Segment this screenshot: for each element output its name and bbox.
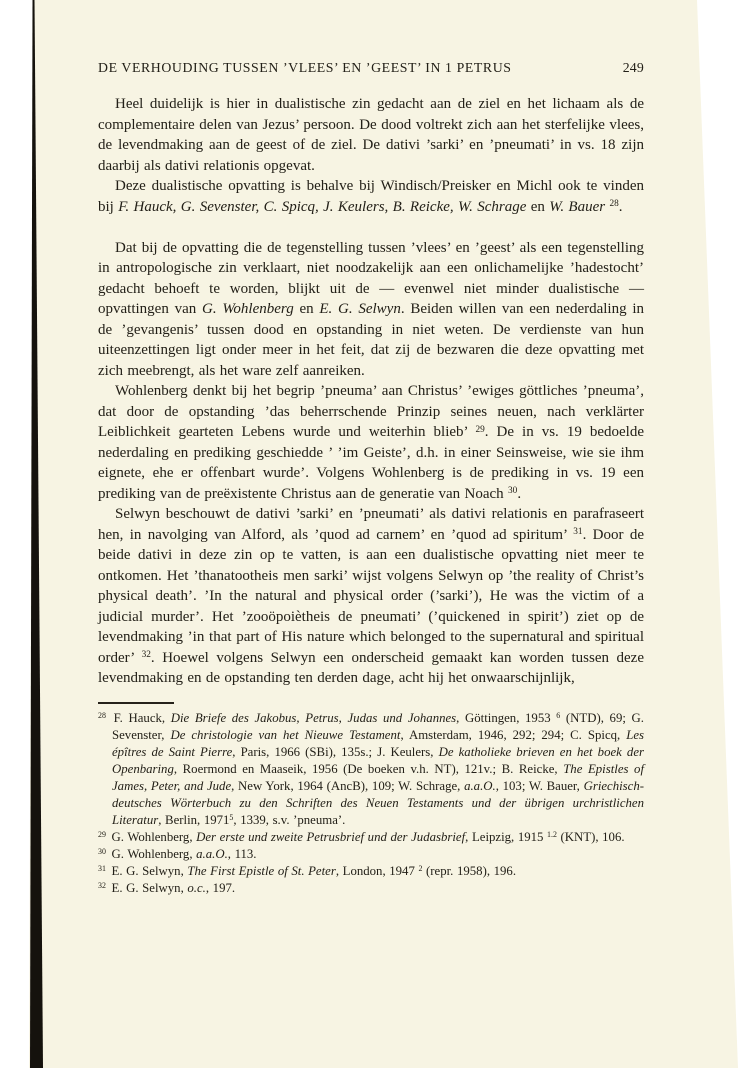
text-run: , Göttingen, 1953	[456, 711, 556, 725]
text-run: , 113.	[228, 847, 257, 861]
text-run: , Berlin, 1971	[158, 813, 229, 827]
footnote-number: 30	[98, 847, 106, 856]
footnote: 30 G. Wohlenberg, a.a.O., 113.	[98, 846, 644, 863]
text-run: a.a.O.	[464, 779, 496, 793]
footnote-number: 28	[98, 711, 106, 720]
text-run: , London, 1947	[336, 864, 419, 878]
page-header: DE VERHOUDING TUSSEN ’VLEES’ EN ’GEEST’ …	[98, 60, 644, 76]
text-run: (repr. 1958), 196.	[422, 864, 516, 878]
text-run: E. G. Selwyn,	[112, 881, 188, 895]
footnote-number: 31	[98, 864, 106, 873]
body-paragraph: Wohlenberg denkt bij het begrip ’pneuma’…	[98, 381, 644, 504]
body-paragraph: Heel duidelijk is hier in dualistische z…	[98, 94, 644, 176]
text-run: .	[517, 486, 521, 502]
footnote: 28 F. Hauck, Die Briefe des Jakobus, Pet…	[98, 710, 644, 829]
text-run: , New York, 1964 (AncB), 109; W. Schrage…	[231, 779, 464, 793]
text-run: Der erste und zweite Petrusbrief und der…	[196, 830, 465, 844]
text-run: Die Briefe des Jakobus, Petrus, Judas un…	[171, 711, 456, 725]
footnote-reference: 1.2	[547, 830, 557, 839]
footnote-reference: 29	[475, 425, 484, 435]
text-run: . Door de beide dativi in deze zin op te…	[98, 527, 644, 666]
footnote-reference: 32	[142, 650, 151, 660]
text-run: o.c.	[187, 881, 205, 895]
footnote-number: 29	[98, 830, 106, 839]
footnote: 32 E. G. Selwyn, o.c., 197.	[98, 880, 644, 897]
text-run: Selwyn beschouwt de dativi ’sarki’ en ’p…	[98, 506, 644, 543]
text-run: F. Hauck, G. Sevenster, C. Spicq, J. Keu…	[118, 199, 526, 215]
text-run: Heel duidelijk is hier in dualistische z…	[98, 96, 644, 174]
text-run: G. Wohlenberg,	[112, 830, 197, 844]
text-run: , Amsterdam, 1946, 292; 294; C. Spicq,	[400, 728, 626, 742]
text-run: , 1339, s.v. ’pneuma’.	[233, 813, 345, 827]
footnote-reference: 5	[229, 813, 233, 822]
body-paragraph: Deze dualistische opvatting is behalve b…	[98, 176, 644, 217]
running-title: DE VERHOUDING TUSSEN ’VLEES’ EN ’GEEST’ …	[98, 60, 512, 76]
text-run: , Leipzig, 1915	[465, 830, 547, 844]
footnote-reference: 2	[418, 864, 422, 873]
page-number: 249	[623, 60, 644, 76]
footnote: 29 G. Wohlenberg, Der erste und zweite P…	[98, 829, 644, 846]
text-run: De christologie van het Nieuwe Testament	[170, 728, 400, 742]
text-run: E. G. Selwyn	[319, 301, 400, 317]
text-run: E. G. Selwyn,	[112, 864, 188, 878]
footnotes: 28 F. Hauck, Die Briefe des Jakobus, Pet…	[98, 710, 644, 897]
page-content: DE VERHOUDING TUSSEN ’VLEES’ EN ’GEEST’ …	[98, 60, 644, 897]
text-run: W. Bauer	[549, 199, 605, 215]
text-run: , Paris, 1966 (SBi), 135s.; J. Keulers,	[232, 745, 438, 759]
body-paragraph: Selwyn beschouwt de dativi ’sarki’ en ’p…	[98, 504, 644, 689]
footnote-reference: 6	[556, 711, 560, 720]
footnote-reference: 28	[609, 199, 618, 209]
body-text: Heel duidelijk is hier in dualistische z…	[98, 94, 644, 689]
text-run: , Roermond en Maaseik, 1956 (De boeken v…	[174, 762, 563, 776]
text-run: G. Wohlenberg,	[112, 847, 197, 861]
text-run: F. Hauck,	[114, 711, 171, 725]
text-run: a.a.O.	[196, 847, 228, 861]
text-run: The First Epistle of St. Peter	[187, 864, 335, 878]
footnote: 31 E. G. Selwyn, The First Epistle of St…	[98, 863, 644, 880]
footnote-number: 32	[98, 881, 106, 890]
body-paragraph: Dat bij de opvatting die de tegenstellin…	[98, 238, 644, 382]
text-run: en	[294, 301, 320, 317]
text-run: en	[526, 199, 549, 215]
footnote-reference: 31	[573, 527, 582, 537]
text-run: .	[619, 199, 623, 215]
text-run: (KNT), 106.	[557, 830, 625, 844]
text-run: . Hoewel volgens Selwyn een onderscheid …	[98, 650, 644, 687]
footnote-separator	[98, 702, 174, 704]
text-run: , 103; W. Bauer,	[496, 779, 584, 793]
text-run: , 197.	[206, 881, 235, 895]
text-run: G. Wohlenberg	[202, 301, 294, 317]
footnote-reference: 30	[508, 486, 517, 496]
